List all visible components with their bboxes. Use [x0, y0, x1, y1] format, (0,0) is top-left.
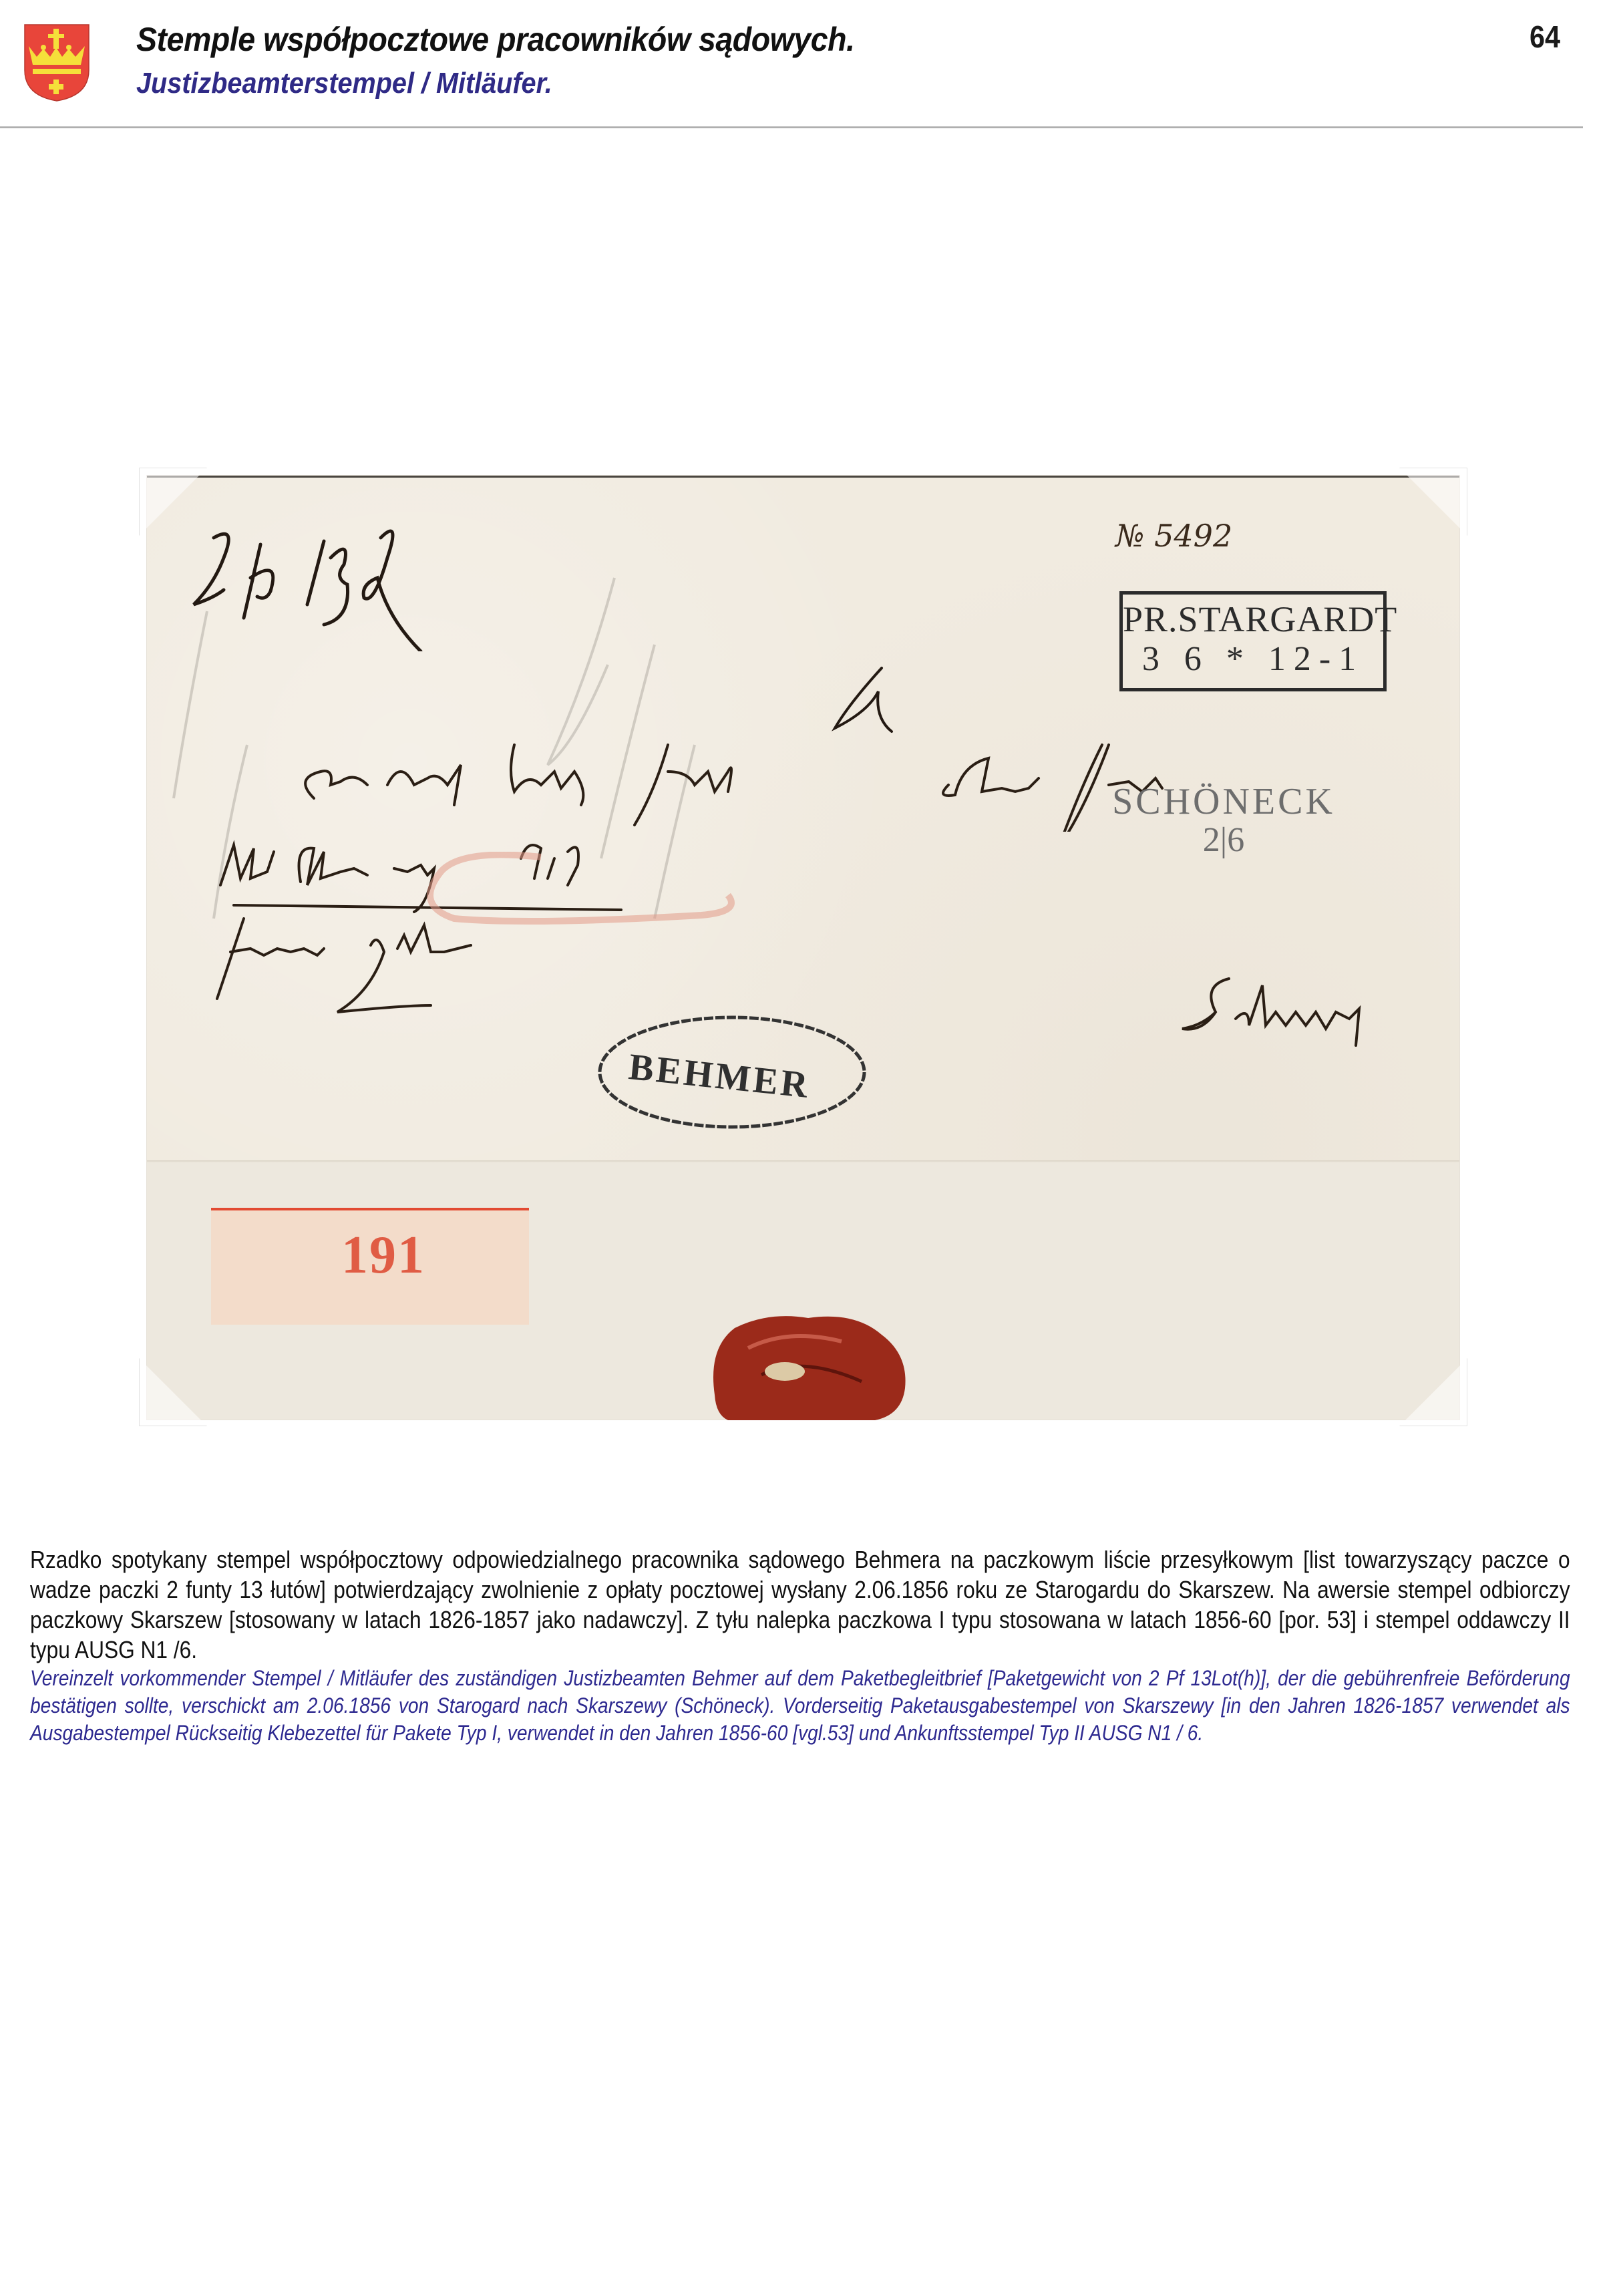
- postmark-schoneck-date: 2|6: [1110, 822, 1337, 859]
- postmark-pr-stargardt: PR.STARGARDT 3 6 * 12-1: [1119, 591, 1387, 691]
- fold-line: [147, 1160, 1459, 1162]
- postmark-date: 3 6 * 12-1: [1123, 639, 1383, 680]
- page-number: 64: [1530, 19, 1560, 55]
- description-polish: Rzadko spotykany stempel współpocztowy o…: [30, 1544, 1570, 1665]
- manuscript-number: № 5492: [1115, 518, 1232, 554]
- manuscript-an: [828, 665, 908, 738]
- postmark-town: PR.STARGARDT: [1123, 600, 1383, 639]
- parcel-label: 191: [211, 1208, 529, 1325]
- manuscript-weight-note: [187, 518, 427, 651]
- envelope-image: № 5492 PR.STARGARDT 3 6 * 12-1: [147, 476, 1459, 1420]
- mount-corner-top-right: [1399, 468, 1467, 536]
- postmark-schoneck: SCHÖNECK 2|6: [1110, 782, 1337, 859]
- postmark-schoneck-town: SCHÖNECK: [1110, 782, 1337, 822]
- description-german: Vereinzelt vorkommender Stempel / Mitläu…: [30, 1665, 1570, 1747]
- page-subtitle: Justizbeamterstempel / Mitläufer.: [136, 67, 552, 100]
- coat-of-arms-icon: [23, 23, 90, 102]
- page-title: Stemple współpocztowe pracowników sądowy…: [136, 20, 855, 59]
- manuscript-destination: [1176, 972, 1396, 1052]
- manuscript-address-line-3: [204, 912, 604, 1019]
- wax-seal: [708, 1308, 915, 1422]
- parcel-label-number: 191: [211, 1225, 529, 1286]
- header-divider: [0, 126, 1583, 128]
